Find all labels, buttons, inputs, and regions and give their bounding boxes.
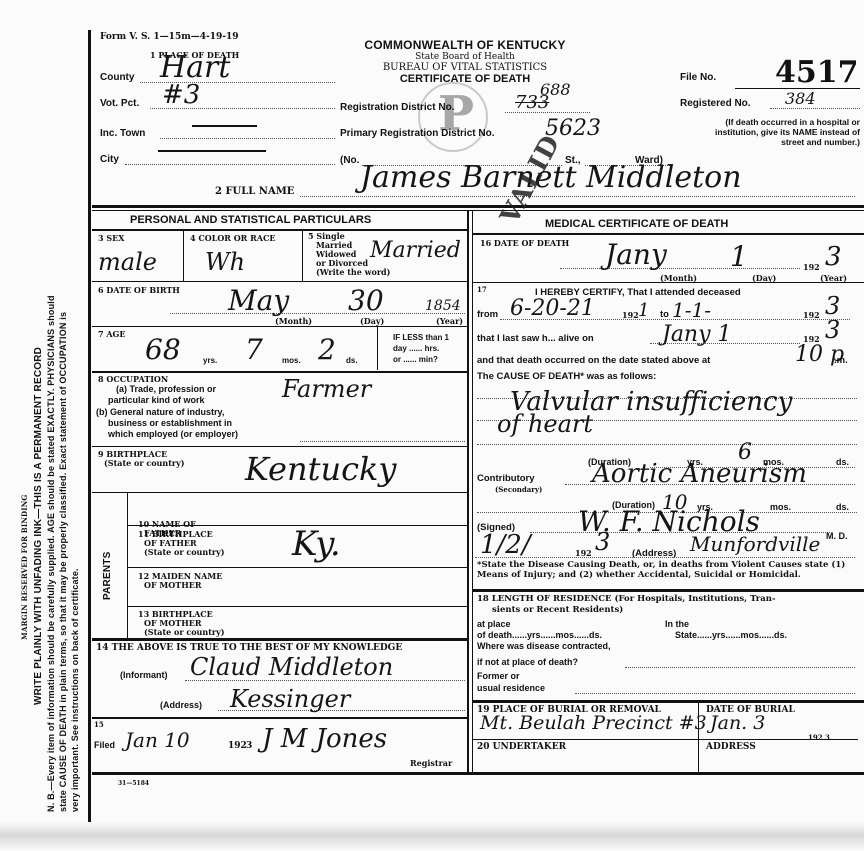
city-dash	[158, 150, 266, 152]
contracted-label-2: if not at place of death?	[477, 657, 578, 667]
margin-instruction-4: very important. See instructions on back…	[70, 568, 80, 812]
last-saw-label: that I last saw h... alive on	[477, 333, 594, 344]
death-year-prefix: 192	[803, 262, 820, 272]
last-saw-year: 3	[825, 316, 840, 344]
attended-to-date: 1-1-	[672, 298, 711, 322]
medical-section-title: MEDICAL CERTIFICATE OF DEATH	[545, 218, 728, 230]
registrar-seal: P	[418, 82, 488, 152]
dob-month-caption: (Month)	[275, 316, 312, 326]
dob-label: 6 DATE OF BIRTH	[98, 285, 180, 295]
margin-reserved-note: MARGIN RESERVED FOR BINDING	[20, 494, 29, 640]
cause-footnote: *State the Disease Causing Death, or, in…	[477, 560, 852, 580]
contributory-mos: mos.	[770, 502, 791, 512]
registered-no-label: Registered No.	[680, 98, 751, 109]
registrar-signature: J M Jones	[262, 724, 387, 754]
filed-label: Filed	[94, 740, 115, 750]
print-code: 31—5184	[118, 780, 149, 787]
occurred-label: and that death occurred on the date stat…	[477, 355, 710, 366]
margin-border	[88, 30, 91, 825]
death-date-label: 16 DATE OF DEATH	[480, 238, 569, 248]
undertaker-address-label: ADDRESS	[706, 742, 756, 752]
birthplace-label: 9 BIRTHPLACE (State or country)	[98, 450, 185, 468]
personal-section-title: PERSONAL AND STATISTICAL PARTICULARS	[130, 214, 371, 226]
title-block: COMMONWEALTH OF KENTUCKY State Board of …	[330, 38, 600, 85]
signed-date: 1/2/	[480, 530, 531, 560]
filed-date: Jan 10	[125, 728, 190, 752]
signed-year: 3	[595, 528, 610, 556]
informant-value: Claud Middleton	[190, 653, 393, 681]
file-no-value: 4517	[775, 55, 859, 90]
to-label: to	[660, 309, 669, 320]
vot-pct-label: Vot. Pct.	[100, 98, 139, 109]
inc-town-label: Inc. Town	[100, 128, 145, 139]
death-day: 1	[730, 240, 748, 273]
physician-address-value: Munfordville	[690, 532, 820, 556]
registered-no-value: 384	[785, 89, 816, 108]
mos-caption: mos.	[282, 356, 301, 365]
board-of-health: State Board of Health	[330, 52, 600, 62]
burial-date-year: 192 3	[808, 733, 830, 742]
duration-ds: ds.	[836, 457, 849, 467]
dob-year: 1854	[425, 298, 461, 314]
residence-label-2: sients or Recent Residents)	[492, 605, 623, 615]
birthplace-value: Kentucky	[245, 450, 396, 488]
filed-year-prefix: 192	[228, 741, 247, 751]
occupation-value: Farmer	[282, 375, 371, 403]
informant-label: (Informant)	[120, 670, 168, 680]
in-the-label: In the	[665, 619, 689, 629]
mother-name-label: 12 MAIDEN NAME OF MOTHER	[138, 572, 222, 590]
occupation-b-label: (b) General nature of industry, business…	[96, 407, 238, 440]
death-month: Jany	[605, 238, 667, 271]
sex-label: 3 SEX	[98, 233, 124, 243]
parents-label: PARENTS	[102, 552, 113, 600]
attended-from-date: 6-20-21	[510, 296, 595, 321]
from-year-prefix: 192	[622, 310, 639, 320]
informant-address-value: Kessinger	[230, 685, 350, 713]
form-number: Form V. S. 1—15m—4-19-19	[100, 32, 239, 42]
county-label: County	[100, 72, 134, 83]
md-label: M. D.	[826, 531, 848, 541]
residence-label-1: 18 LENGTH OF RESIDENCE (For Hospitals, I…	[477, 594, 776, 604]
burial-date-value: Jan. 3	[710, 712, 765, 734]
sex-value: male	[98, 248, 157, 276]
margin-instruction-3: state CAUSE OF DEATH in plain terms, so …	[58, 312, 68, 812]
death-year: 3	[825, 242, 842, 272]
column-divider	[467, 210, 469, 772]
contributory-ds: ds.	[836, 502, 849, 512]
marital-value: Married	[370, 238, 461, 263]
contributory-value: Aortic Aneurism	[592, 459, 807, 489]
father-birthplace-label: 11 BIRTHPLACE OF FATHER (State or countr…	[138, 530, 225, 557]
primary-reg-label: Primary Registration District No.	[340, 128, 494, 139]
burial-place-value: Mt. Beulah Precinct #3	[480, 712, 707, 734]
margin-instruction-2: N. B.—Every item of information should b…	[46, 295, 56, 812]
informant-heading: 14 THE ABOVE IS TRUE TO THE BEST OF MY K…	[96, 643, 402, 653]
former-residence-label-1: Former or	[477, 671, 520, 681]
occurred-suffix: .m.	[834, 355, 848, 366]
filed-year: 3	[246, 741, 252, 751]
reg-district-label: Registration District No.	[340, 102, 454, 113]
from-label: from	[477, 309, 498, 320]
footer-divider	[92, 772, 864, 775]
ds-caption: ds.	[346, 356, 358, 365]
contributory-label: Contributory	[477, 473, 535, 484]
filed-number: 15	[94, 720, 104, 729]
former-residence-label-2: usual residence	[477, 683, 545, 693]
reg-district-value: 688	[540, 80, 571, 99]
binding-margin: MARGIN RESERVED FOR BINDING WRITE PLAINL…	[0, 0, 92, 851]
file-no-label: File No.	[680, 72, 716, 83]
dob-year-caption: (Year)	[436, 316, 463, 326]
dob-day: 30	[348, 284, 384, 317]
undertaker-label: 20 UNDERTAKER	[477, 742, 566, 752]
vot-pct-value: #3	[162, 80, 200, 110]
age-label: 7 AGE	[98, 329, 126, 339]
registrar-label: Registrar	[410, 758, 452, 768]
father-birthplace-value: Ky.	[292, 524, 341, 564]
state-residence-label: State......yrs......mos......ds.	[675, 630, 787, 640]
race-label: 4 COLOR OR RACE	[190, 233, 275, 243]
margin-instruction-1: WRITE PLAINLY WITH UNFADING INK—THIS IS …	[33, 347, 44, 705]
mother-birthplace-label: 13 BIRTHPLACE OF MOTHER (State or countr…	[138, 610, 225, 637]
dob-day-caption: (Day)	[360, 316, 384, 326]
cause-label: The CAUSE OF DEATH* was as follows:	[477, 371, 656, 382]
page-edge-shadow	[0, 822, 864, 851]
age-years: 68	[145, 333, 181, 366]
last-saw-value: Jany 1	[662, 322, 732, 347]
age-days: 2	[318, 333, 336, 366]
inc-town-dash	[192, 125, 257, 127]
informant-address-label: (Address)	[160, 700, 202, 710]
city-label: City	[100, 154, 119, 165]
less-than-day-label: IF LESS than 1 day ...... hrs. or ......…	[393, 332, 449, 365]
to-year-prefix: 192	[803, 310, 820, 320]
hospital-note: (If death occurred in a hospital or inst…	[715, 117, 860, 147]
cause-line-2: of heart	[497, 410, 593, 438]
secondary-label: (Secondary)	[495, 485, 542, 494]
certify-number: 17	[477, 285, 487, 294]
street-no-label: (No.	[340, 155, 359, 166]
age-months: 7	[245, 333, 263, 366]
occupation-label: 8 OCCUPATION	[98, 374, 168, 384]
race-value: Wh	[205, 248, 245, 276]
at-place-label: at place	[477, 619, 511, 629]
of-death-label: of death......yrs......mos......ds.	[477, 630, 602, 640]
bureau-title: BUREAU OF VITAL STATISTICS	[330, 62, 600, 73]
dob-month: May	[228, 284, 289, 317]
from-year: 1	[638, 300, 649, 321]
occupation-a-label: (a) Trade, profession or particular kind…	[108, 384, 216, 406]
commonwealth-title: COMMONWEALTH OF KENTUCKY	[330, 38, 600, 52]
full-name-label: 2 FULL NAME	[215, 186, 294, 197]
yrs-caption: yrs.	[203, 356, 217, 365]
header-divider	[92, 205, 864, 208]
contracted-label-1: Where was disease contracted,	[477, 641, 611, 651]
